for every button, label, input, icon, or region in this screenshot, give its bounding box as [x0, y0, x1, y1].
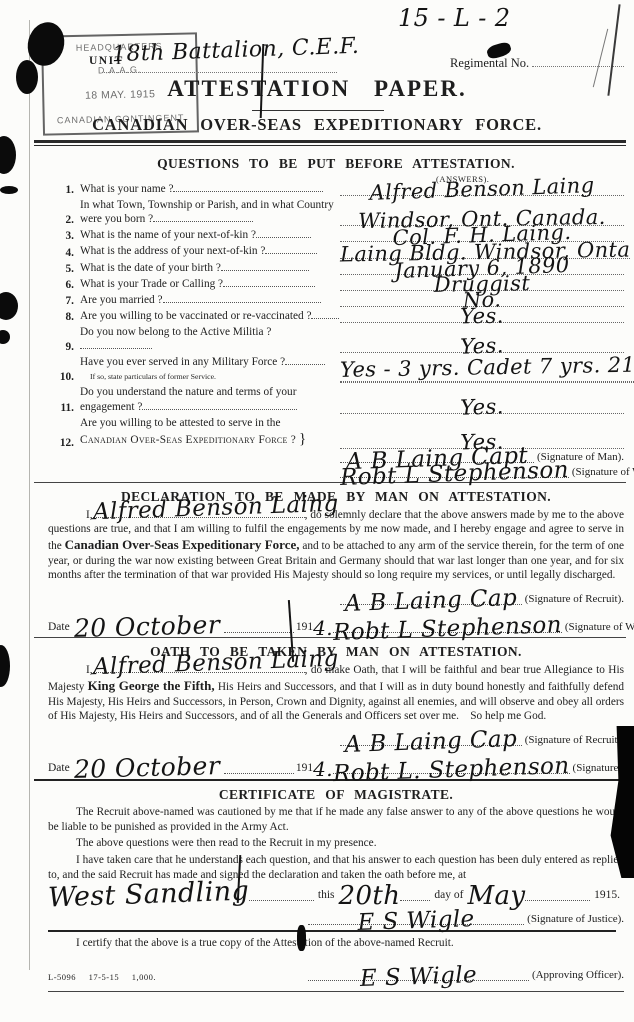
this-label: this — [318, 889, 335, 901]
force-name-bold: Canadian Over-Seas Expeditionary Force, — [65, 537, 300, 552]
form-subtitle: CANADIAN OVER-SEAS EXPEDITIONARY FORCE. — [0, 115, 634, 135]
ink-blot — [297, 925, 306, 951]
unit-field-line — [102, 72, 337, 73]
answer-line: Yes. — [340, 339, 624, 353]
print-footer: L-5096 17-5-15 1,000. — [48, 972, 156, 982]
form-title: ATTESTATION PAPER. — [0, 76, 634, 102]
certificate-heading: CERTIFICATE OF MAGISTRATE. — [48, 787, 624, 803]
dotted-leader — [256, 228, 311, 238]
signature-line: Robt L Stephenson — [340, 467, 569, 478]
recruit-signature-handwritten: A B Laing Cap — [340, 732, 522, 752]
dotted-leader — [163, 293, 321, 303]
title-underline — [252, 110, 384, 111]
approving-officer-signature-handwritten: E S Wigle — [308, 966, 529, 988]
day-handwritten: 20th — [339, 888, 401, 904]
print-date: 17-5-15 — [89, 972, 119, 982]
file-reference-handwritten: 15 - L - 2 — [398, 4, 510, 32]
dotted-leader — [173, 182, 323, 192]
question-text: What is your Trade or Calling ? — [80, 278, 223, 290]
questions-heading: QUESTIONS TO BE PUT BEFORE ATTESTATION. — [48, 156, 624, 172]
print-quantity: 1,000. — [132, 972, 156, 982]
question-number: 10. — [48, 371, 74, 383]
question-row: 11. Do you understand the nature and ter… — [48, 385, 624, 413]
question-text: Do you now belong to the Active Militia … — [80, 326, 271, 338]
signature-of-justice-label: (Signature of Justice). — [524, 913, 624, 925]
declaration-date-row: Date 20 October 191 4. Robt L Stephenson… — [48, 619, 624, 633]
question-number: 11. — [48, 402, 74, 414]
witness-signature-handwritten: Robt L. Stephenson — [333, 759, 570, 781]
dotted-leader — [265, 244, 317, 254]
print-code: L-5096 — [48, 972, 76, 982]
question-number: 3. — [48, 230, 74, 242]
certificate-paragraph: I have taken care that he understands ea… — [48, 853, 624, 882]
question-row: 12. Are you willing to be attested to se… — [48, 416, 624, 449]
question-number: 2. — [48, 214, 74, 226]
question-number: 1. — [48, 184, 74, 196]
certificate-paragraph: The above questions were then read to th… — [48, 836, 624, 851]
recruit-signature-handwritten: A B Laing Cap — [340, 591, 522, 611]
question-row: 7. Are you married ? No. — [48, 293, 624, 307]
justice-signature-handwritten: E S Wigle — [308, 911, 525, 933]
month-handwritten: May — [467, 888, 525, 904]
question-text: What is the address of your next-of-kin … — [80, 245, 265, 257]
year-label: 1915. — [594, 889, 620, 901]
recruit-signature-row: A B Laing Cap (Signature of Recruit). — [340, 734, 624, 746]
dotted-leader — [221, 261, 309, 271]
answer-line: Yes. — [340, 400, 624, 414]
ink-blot — [0, 292, 18, 320]
question-text: Have you ever served in any Military For… — [80, 356, 285, 368]
approving-officer-row: E S Wigle (Approving Officer). — [308, 969, 624, 981]
oath-intro: I, — [48, 663, 93, 678]
dotted-leader — [285, 355, 325, 365]
question-number: 7. — [48, 295, 74, 307]
question-number: 4. — [48, 247, 74, 259]
attestation-signatures: A B Laing Capt (Signature of Man). Robt … — [340, 451, 624, 478]
place-and-date-row: West Sandling this 20th day of May 1915. — [48, 886, 624, 901]
question-number: 8. — [48, 311, 74, 323]
ink-blot — [16, 60, 38, 94]
signature-of-recruit-label: (Signature of Recruit). — [522, 734, 624, 746]
question-row: 9. Do you now belong to the Active Milit… — [48, 325, 624, 353]
question-text: What is the name of your next-of-kin ? — [80, 229, 256, 241]
date-handwritten: 20 October — [74, 758, 220, 778]
regimental-no-label: Regimental No. — [450, 56, 529, 70]
dotted-leader — [142, 400, 297, 410]
dotted-leader — [153, 212, 253, 222]
recruit-name-slot: Alfred Benson Laing — [93, 507, 305, 518]
signature-line: E S Wigle — [308, 914, 524, 925]
question-text: Are you willing to be vaccinated or re-v… — [80, 310, 311, 322]
question-text: Are you married ? — [80, 294, 163, 306]
witness-signature-handwritten: Robt L Stephenson — [340, 463, 569, 485]
scan-edge-line — [29, 20, 30, 970]
certificate-section: CERTIFICATE OF MAGISTRATE. The Recruit a… — [48, 787, 624, 992]
question-text: Are you willing to be attested to serve … — [80, 417, 280, 429]
answer-line: Yes - 3 yrs. Cadet 7 yrs. 21st Volunteer… — [340, 359, 634, 383]
approving-officer-label: (Approving Officer). — [529, 969, 624, 981]
ink-blot — [0, 186, 18, 194]
dotted-leader — [223, 277, 315, 287]
dotted-leader — [224, 763, 294, 774]
question-row: 5. What is the date of your birth ? Janu… — [48, 261, 624, 275]
signature-line: Robt L. Stephenson — [333, 763, 570, 774]
question-text-smallcaps: Canadian Over-Seas Expeditionary Force ? — [80, 434, 296, 446]
recruit-signature-row: A B Laing Cap (Signature of Recruit). — [340, 593, 624, 605]
year-handwritten: 4. — [313, 762, 333, 776]
year-handwritten: 4. — [313, 621, 333, 635]
dotted-leader — [311, 309, 339, 319]
signature-line: Robt L Stephenson — [333, 622, 562, 633]
question-row: 6. What is your Trade or Calling ? Drugg… — [48, 277, 624, 291]
signature-of-witness-row: Robt L Stephenson (Signature of Witness)… — [340, 466, 624, 478]
dotted-leader — [80, 339, 152, 349]
dotted-leader — [224, 622, 294, 633]
question-number: 9. — [48, 341, 74, 353]
signature-line: A B Laing Cap — [340, 594, 522, 605]
question-row: 10. Have you ever served in any Military… — [48, 355, 624, 383]
answer-line: Yes. — [340, 309, 624, 323]
signature-of-witness-label: (Signature of Witness). — [569, 466, 634, 478]
witness-signature-handwritten: Robt L Stephenson — [333, 618, 562, 640]
signature-line: E S Wigle — [308, 970, 529, 981]
dotted-leader — [400, 890, 430, 901]
question-number: 12. — [48, 437, 74, 449]
date-label: Date — [48, 762, 70, 774]
oath-section: OATH TO BE TAKEN BY MAN ON ATTESTATION. … — [48, 644, 624, 774]
question-number: 5. — [48, 263, 74, 275]
declaration-section: DECLARATION TO BE MADE BY MAN ON ATTESTA… — [48, 489, 624, 634]
declaration-intro: I, — [48, 508, 93, 523]
dotted-leader — [525, 890, 590, 901]
question-number: 6. — [48, 279, 74, 291]
question-note: If so, state particulars of former Servi… — [90, 372, 216, 381]
signature-line: A B Laing Cap — [340, 735, 522, 746]
ink-blot — [0, 645, 10, 687]
place-handwritten: West Sandling — [48, 883, 250, 908]
section-divider — [48, 991, 624, 992]
question-row: 1. What is your name ? Alfred Benson Lai… — [48, 182, 624, 196]
answer-handwritten: Yes - 3 yrs. Cadet 7 yrs. 21st Volunteer… — [340, 356, 634, 379]
question-row: 8. Are you willing to be vaccinated or r… — [48, 309, 624, 323]
certificate-paragraph: The Recruit above-named was cautioned by… — [48, 805, 624, 834]
day-of-label: day of — [434, 889, 463, 901]
question-text: What is your name ? — [80, 183, 173, 195]
signature-of-recruit-label: (Signature of Recruit). — [522, 593, 624, 605]
date-handwritten: 20 October — [74, 617, 220, 637]
certify-true-copy-text: I certify that the above is a true copy … — [48, 936, 624, 951]
dotted-leader — [249, 890, 314, 901]
header-divider — [34, 140, 626, 146]
date-label: Date — [48, 621, 70, 633]
question-text: What is the date of your birth ? — [80, 262, 221, 274]
header: 15 - L - 2 HEADQUARTERS D.A.A.G. 18 MAY.… — [0, 0, 634, 150]
year-printed: 191 — [296, 621, 313, 633]
signature-of-witness-label: (Signature of Witness). — [562, 621, 634, 633]
answer-line: Alfred Benson Laing — [340, 182, 624, 196]
question-brace: } — [299, 431, 306, 447]
oath-date-row: Date 20 October 191 4. Robt L. Stephenso… — [48, 760, 624, 774]
justice-signature-row: E S Wigle (Signature of Justice). — [308, 913, 624, 925]
questions-section: QUESTIONS TO BE PUT BEFORE ATTESTATION. … — [48, 156, 624, 478]
declaration-paragraph: I,Alfred Benson Laing, do solemnly decla… — [48, 507, 624, 584]
ink-blot — [0, 330, 10, 344]
oath-paragraph: I,Alfred Benson Laing, do make Oath, tha… — [48, 662, 624, 724]
recruit-name-slot: Alfred Benson Laing — [93, 662, 305, 673]
attestation-paper-scan: 15 - L - 2 HEADQUARTERS D.A.A.G. 18 MAY.… — [0, 0, 634, 1022]
year-printed: 191 — [296, 762, 313, 774]
